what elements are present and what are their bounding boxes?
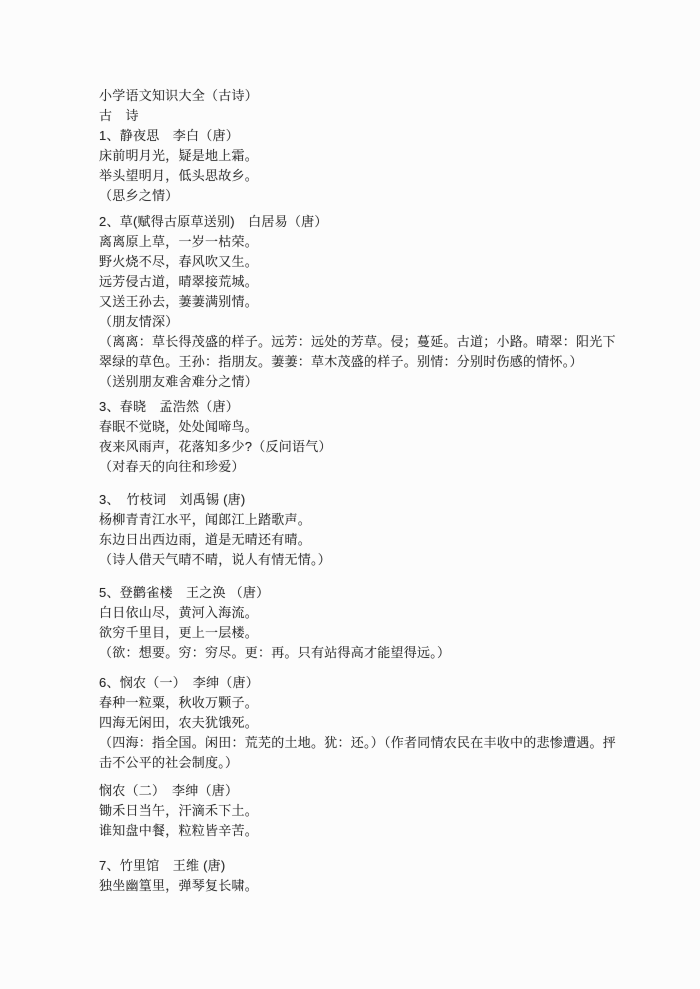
section-heading: 6、悯农（一） 李绅（唐） — [99, 673, 659, 693]
section-heading: 3、春晓 孟浩然（唐） — [99, 397, 659, 417]
poem-line: 春种一粒粟，秋收万颗子。 — [99, 693, 659, 713]
poem-line: 四海无闲田，农夫犹饿死。 — [99, 713, 659, 733]
poem-section-zhuzhici: 3、 竹枝词 刘禹锡 (唐) 杨柳青青江水平，闻郎江上踏歌声。 东边日出西边雨，… — [99, 490, 659, 570]
section-heading: 5、登鹳雀楼 王之涣 （唐） — [99, 583, 659, 603]
annotation-line: （思乡之情） — [99, 186, 659, 206]
poem-line: 杨柳青青江水平，闻郎江上踏歌声。 — [99, 510, 659, 530]
poem-line: 夜来风雨声，花落知多少?（反问语气） — [99, 437, 659, 457]
annotation-line: （对春天的向往和珍爱） — [99, 457, 659, 477]
annotation-line: （欲：想要。穷：穷尽。更：再。只有站得高才能望得远。） — [99, 643, 659, 663]
section-heading: 7、竹里馆 王维 (唐) — [99, 856, 659, 876]
poem-section-zhuliguan: 7、竹里馆 王维 (唐) 独坐幽篁里，弹琴复长啸。 — [99, 856, 659, 896]
section-heading: 3、 竹枝词 刘禹锡 (唐) — [99, 490, 659, 510]
poem-line: 离离原上草，一岁一枯荣。 — [99, 232, 659, 252]
annotation-line: （离离：草长得茂盛的样子。远芳：远处的芳草。侵；蔓延。古道；小路。晴翠：阳光下 — [99, 332, 659, 352]
poem-line: 东边日出西边雨，道是无晴还有晴。 — [99, 530, 659, 550]
poem-line: 谁知盘中餐，粒粒皆辛苦。 — [99, 821, 659, 841]
poem-line: 锄禾日当午，汗滴禾下土。 — [99, 801, 659, 821]
poem-line: 举头望明月，低头思故乡。 — [99, 166, 659, 186]
annotation-line: （诗人借天气晴不晴，说人有情无情。） — [99, 550, 659, 570]
doc-title: 小学语文知识大全（古诗） — [99, 86, 659, 106]
poem-section-minnong-2: 悯农（二） 李绅（唐） 锄禾日当午，汗滴禾下土。 谁知盘中餐，粒粒皆辛苦。 — [99, 781, 659, 841]
poem-section-minnong-1: 6、悯农（一） 李绅（唐） 春种一粒粟，秋收万颗子。 四海无闲田，农夫犹饿死。 … — [99, 673, 659, 773]
section-heading: 悯农（二） 李绅（唐） — [99, 781, 659, 801]
poem-line: 又送王孙去，萋萋满别情。 — [99, 292, 659, 312]
header-block: 小学语文知识大全（古诗） 古 诗 1、静夜思 李白（唐） 床前明月光，疑是地上霜… — [99, 86, 659, 206]
poem-line: 独坐幽篁里，弹琴复长啸。 — [99, 876, 659, 896]
poem-line: 白日依山尽，黄河入海流。 — [99, 603, 659, 623]
annotation-line: 击不公平的社会制度。） — [99, 753, 659, 773]
doc-subtitle: 古 诗 — [99, 106, 659, 126]
section-heading: 1、静夜思 李白（唐） — [99, 126, 659, 146]
section-heading: 2、草(赋得古原草送别) 白居易（唐） — [99, 212, 659, 232]
poem-line: 春眠不觉晓，处处闻啼鸟。 — [99, 417, 659, 437]
annotation-line: （送别朋友难舍难分之情） — [99, 372, 659, 392]
annotation-line: 翠绿的草色。王孙：指朋友。萋萋：草木茂盛的样子。别情：分别时伤感的情怀。） — [99, 352, 659, 372]
poem-line: 野火烧不尽，春风吹又生。 — [99, 252, 659, 272]
poem-line: 欲穷千里目，更上一层楼。 — [99, 623, 659, 643]
poem-section-grass: 2、草(赋得古原草送别) 白居易（唐） 离离原上草，一岁一枯荣。 野火烧不尽，春… — [99, 212, 659, 392]
poem-section-chunxiao: 3、春晓 孟浩然（唐） 春眠不觉晓，处处闻啼鸟。 夜来风雨声，花落知多少?（反问… — [99, 397, 659, 477]
document-page: 小学语文知识大全（古诗） 古 诗 1、静夜思 李白（唐） 床前明月光，疑是地上霜… — [0, 0, 700, 989]
poem-section-guanquelou: 5、登鹳雀楼 王之涣 （唐） 白日依山尽，黄河入海流。 欲穷千里目，更上一层楼。… — [99, 583, 659, 663]
poem-line: 远芳侵古道，晴翠接荒城。 — [99, 272, 659, 292]
annotation-line: （四海：指全国。闲田：荒芜的土地。犹：还。）（作者同情农民在丰收中的悲惨遭遇。抨 — [99, 733, 659, 753]
annotation-line: （朋友情深） — [99, 312, 659, 332]
poem-line: 床前明月光，疑是地上霜。 — [99, 146, 659, 166]
